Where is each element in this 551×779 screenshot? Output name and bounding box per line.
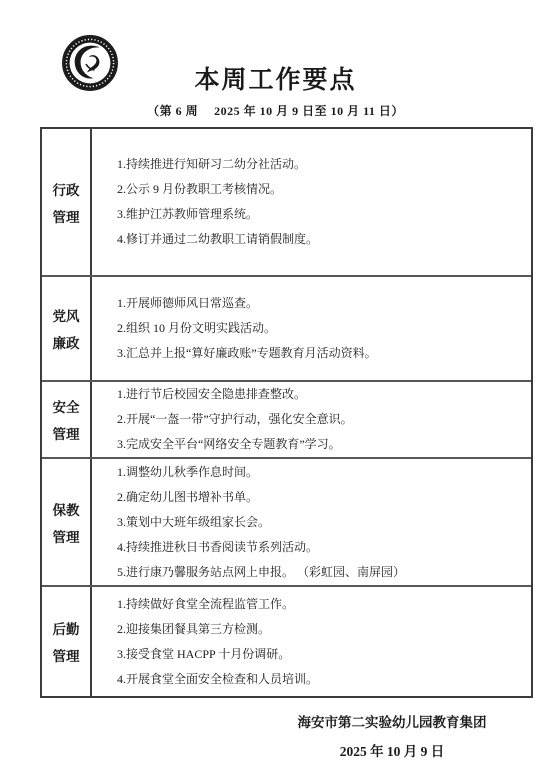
signature-block: 海安市第二实验幼儿园教育集团 2025 年 10 月 9 日 (250, 708, 534, 766)
items-cell: 1.持续推进行知研习二幼分社活动。 2.公示 9 月份教职工考核情况。 3.维护… (92, 129, 531, 275)
table-row-administration: 行政 管理 1.持续推进行知研习二幼分社活动。 2.公示 9 月份教职工考核情况… (42, 129, 531, 277)
work-item: 2.确定幼儿图书增补书单。 (117, 485, 523, 510)
work-item: 2.迎接集团餐具第三方检测。 (117, 617, 523, 642)
category-label: 党风 (53, 305, 80, 325)
work-item: 3.汇总并上报“算好廉政账”专题教育月活动资料。 (117, 341, 523, 366)
category-cell: 后勤 管理 (42, 587, 92, 696)
items-cell: 1.调整幼儿秋季作息时间。 2.确定幼儿图书增补书单。 3.策划中大班年级组家长… (92, 459, 531, 585)
work-item: 1.进行节后校园安全隐患排查整改。 (117, 382, 523, 407)
document-page: 本周工作要点 （第 6 周 2025 年 10 月 9 日至 10 月 11 日… (0, 0, 551, 779)
work-item: 3.接受食堂 HACPP 十月份调研。 (117, 642, 523, 667)
table-row-logistics: 后勤 管理 1.持续做好食堂全流程监管工作。 2.迎接集团餐具第三方检测。 3.… (42, 587, 531, 696)
category-label: 行政 (53, 179, 80, 199)
table-row-party-conduct: 党风 廉政 1.开展师德师风日常巡查。 2.组织 10 月份文明实践活动。 3.… (42, 277, 531, 382)
category-label: 管理 (53, 423, 80, 443)
table-row-care-education: 保教 管理 1.调整幼儿秋季作息时间。 2.确定幼儿图书增补书单。 3.策划中大… (42, 459, 531, 587)
category-cell: 安全 管理 (42, 382, 92, 457)
category-cell: 行政 管理 (42, 129, 92, 275)
week-date-subtitle: （第 6 周 2025 年 10 月 9 日至 10 月 11 日） (0, 102, 551, 119)
work-item: 2.组织 10 月份文明实践活动。 (117, 316, 523, 341)
work-item: 1.持续推进行知研习二幼分社活动。 (117, 152, 523, 177)
work-item: 4.开展食堂全面安全检查和人员培训。 (117, 667, 523, 692)
items-cell: 1.持续做好食堂全流程监管工作。 2.迎接集团餐具第三方检测。 3.接受食堂 H… (92, 587, 531, 696)
items-cell: 1.开展师德师风日常巡查。 2.组织 10 月份文明实践活动。 3.汇总并上报“… (92, 277, 531, 380)
category-label: 管理 (53, 645, 80, 665)
work-item: 2.开展“一盔一带”守护行动，强化安全意识。 (117, 407, 523, 432)
work-item: 1.持续做好食堂全流程监管工作。 (117, 592, 523, 617)
work-item: 1.调整幼儿秋季作息时间。 (117, 460, 523, 485)
work-item: 2.公示 9 月份教职工考核情况。 (117, 177, 523, 202)
signature-date: 2025 年 10 月 9 日 (250, 737, 534, 766)
work-item: 3.策划中大班年级组家长会。 (117, 510, 523, 535)
table-row-safety: 安全 管理 1.进行节后校园安全隐患排查整改。 2.开展“一盔一带”守护行动，强… (42, 382, 531, 459)
category-cell: 党风 廉政 (42, 277, 92, 380)
work-item: 4.持续推进秋日书香阅读节系列活动。 (117, 535, 523, 560)
items-cell: 1.进行节后校园安全隐患排查整改。 2.开展“一盔一带”守护行动，强化安全意识。… (92, 382, 531, 457)
category-cell: 保教 管理 (42, 459, 92, 585)
category-label: 廉政 (53, 332, 80, 352)
work-item: 3.完成安全平台“网络安全专题教育”学习。 (117, 432, 523, 457)
category-label: 保教 (53, 499, 80, 519)
weekly-work-table: 行政 管理 1.持续推进行知研习二幼分社活动。 2.公示 9 月份教职工考核情况… (40, 127, 533, 698)
category-label: 管理 (53, 206, 80, 226)
organization-name: 海安市第二实验幼儿园教育集团 (250, 708, 534, 737)
category-label: 管理 (53, 526, 80, 546)
category-label: 安全 (53, 396, 80, 416)
work-item: 4.修订并通过二幼教职工请销假制度。 (117, 227, 523, 252)
work-item: 3.维护江苏教师管理系统。 (117, 202, 523, 227)
work-item: 5.进行康乃馨服务站点网上申报。 （彩虹园、南屏园） (117, 560, 523, 585)
category-label: 后勤 (53, 618, 80, 638)
page-title: 本周工作要点 (0, 60, 551, 96)
work-item: 1.开展师德师风日常巡查。 (117, 291, 523, 316)
